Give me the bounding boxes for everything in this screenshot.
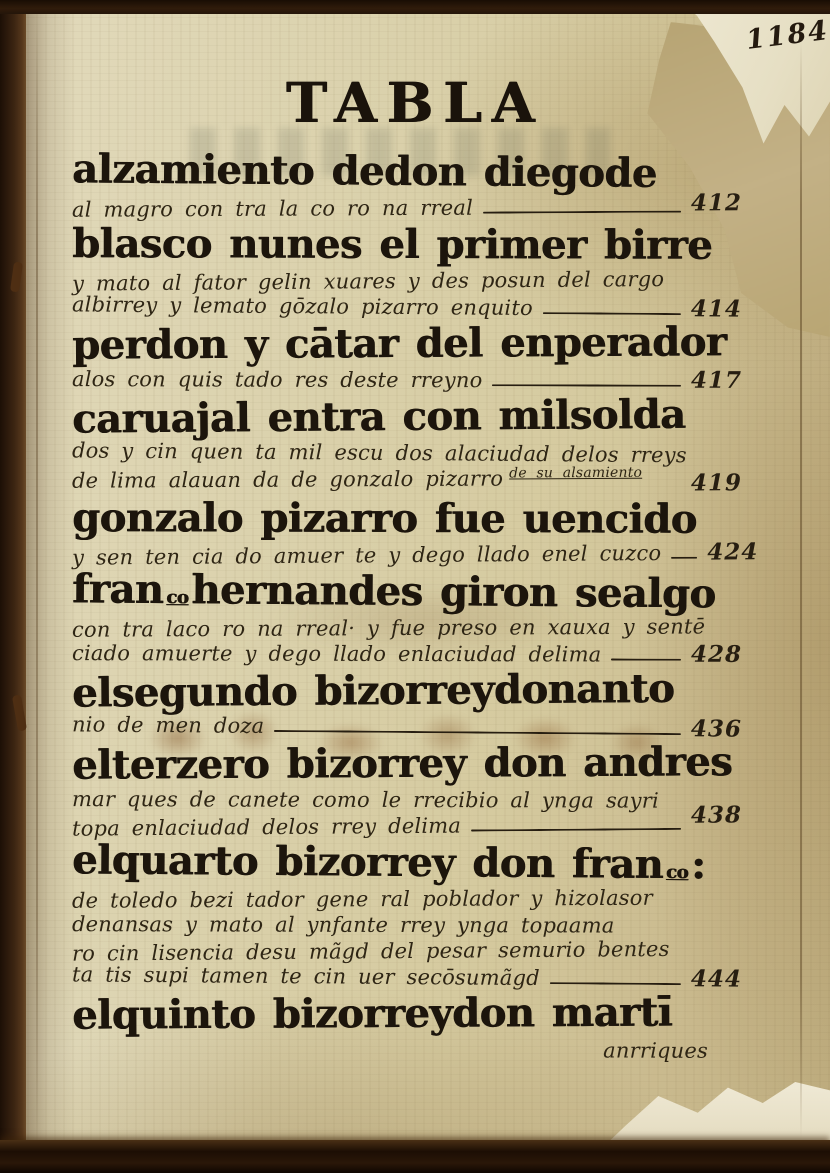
page-edge-crease [800, 40, 802, 1140]
toc-entry-detail: denansas y mato al ynfante rrey ynga top… [72, 911, 742, 939]
toc-entry-title: elquinto bizorreydon martī [72, 988, 742, 1039]
entry-text: alos con quis tado res deste rreyno [72, 366, 483, 393]
entry-text: con tra laco ro na rreal· y fue preso en… [72, 613, 705, 642]
dash-leader [274, 730, 681, 735]
entry-text: perdon y cātar del enperador [72, 318, 726, 368]
toc-entry-detail: al magro con tra la co ro na rreal412 [72, 193, 742, 223]
entry-text: elquinto bizorreydon martī [72, 989, 672, 1039]
book-spine-left [0, 0, 26, 1173]
toc-entry-title: perdon y cātar del enperador [72, 318, 742, 369]
dash-leader [483, 211, 681, 214]
dash-leader [671, 557, 697, 559]
entry-text: mar ques de canete como le rrecibio al y… [72, 786, 659, 814]
toc-entry-detail: alos con quis tado res deste rreyno417 [72, 366, 742, 394]
entry-text: alzamiento dedon diegode [72, 145, 657, 197]
entry-text: elterzero bizorrey don andres [72, 738, 732, 788]
toc-entry-detail: de lima alauan da de gonzalo pizarrode s… [72, 464, 742, 497]
entry-text: nio de men doza [72, 711, 265, 739]
entry-text: denansas y mato al ynfante rrey ynga top… [72, 911, 615, 938]
dash-leader [471, 828, 681, 832]
entry-text: elquarto bizorrey don fran [72, 836, 663, 888]
entry-text: fran [72, 565, 164, 613]
toc-entry-title: blasco nunes el primer birre [72, 220, 742, 269]
entry-text: ta tis supi tamen te cin uer secōsumãgd [72, 961, 540, 991]
page-title: TABLA [0, 70, 830, 135]
dash-leader [611, 659, 681, 661]
entry-text: de toledo bezi tador gene ral poblador y… [72, 885, 653, 914]
toc-entry-detail: de toledo bezi tador gene ral poblador y… [72, 884, 742, 914]
table-of-contents: alzamiento dedon diegodeal magro con tra… [72, 148, 772, 1063]
entry-text: albirrey y lemato gōzalo pizarro enquito [72, 291, 533, 321]
entry-text: hernandes giron sealgo [191, 566, 716, 617]
manuscript-page: 1184 TABLA alzamiento dedon diegodeal ma… [0, 0, 830, 1173]
entry-text: ciado amuerte y dego llado enlaciudad de… [72, 640, 601, 667]
toc-entry-detail: ciado amuerte y dego llado enlaciudad de… [72, 640, 742, 668]
toc-entry-title: caruajal entra con milsolda [72, 390, 742, 442]
superscript-note: de su alsamiento [509, 460, 642, 487]
entry-text: anrriques [603, 1038, 708, 1064]
page-number: 419 [691, 470, 742, 496]
dash-leader [492, 384, 681, 386]
toc-entry-title: elquarto bizorrey don franco: [72, 836, 742, 888]
book-edge-bottom [0, 1140, 830, 1173]
page-fold-line [36, 20, 38, 1140]
toc-entry-title: gonzalo pizarro fue uencido [72, 494, 742, 543]
entry-text: gonzalo pizarro fue uencido [72, 494, 697, 543]
gutter-shadow [26, 0, 76, 1173]
entry-text: blasco nunes el primer birre [72, 220, 712, 269]
page-number: 438 [691, 802, 742, 828]
entry-text: elsegundo bizorreydonanto [72, 665, 674, 717]
toc-entry-detail: mar ques de canete como le rrecibio al y… [72, 786, 742, 814]
page-number: 424 [707, 539, 758, 565]
entry-text: de lima alauan da de gonzalo pizarro [72, 465, 503, 493]
dash-leader [543, 312, 681, 315]
toc-entry-detail: anrriques [72, 1036, 742, 1064]
toc-entry-title: franco hernandes giron sealgo [72, 565, 742, 617]
entry-text: caruajal entra con milsolda [72, 391, 686, 443]
entry-text: al magro con tra la co ro na rreal [72, 195, 473, 223]
toc-entry-detail: con tra laco ro na rreal· y fue preso en… [72, 613, 742, 643]
toc-entry-title: elterzero bizorrey don andres [72, 738, 742, 789]
entry-text: : [691, 841, 706, 888]
toc-entry-title: elsegundo bizorreydonanto [72, 664, 742, 716]
dash-leader [550, 982, 681, 985]
toc-entry-title: alzamiento dedon diegode [72, 145, 742, 197]
book-edge-top [0, 0, 830, 14]
page-number: 412 [691, 190, 742, 216]
